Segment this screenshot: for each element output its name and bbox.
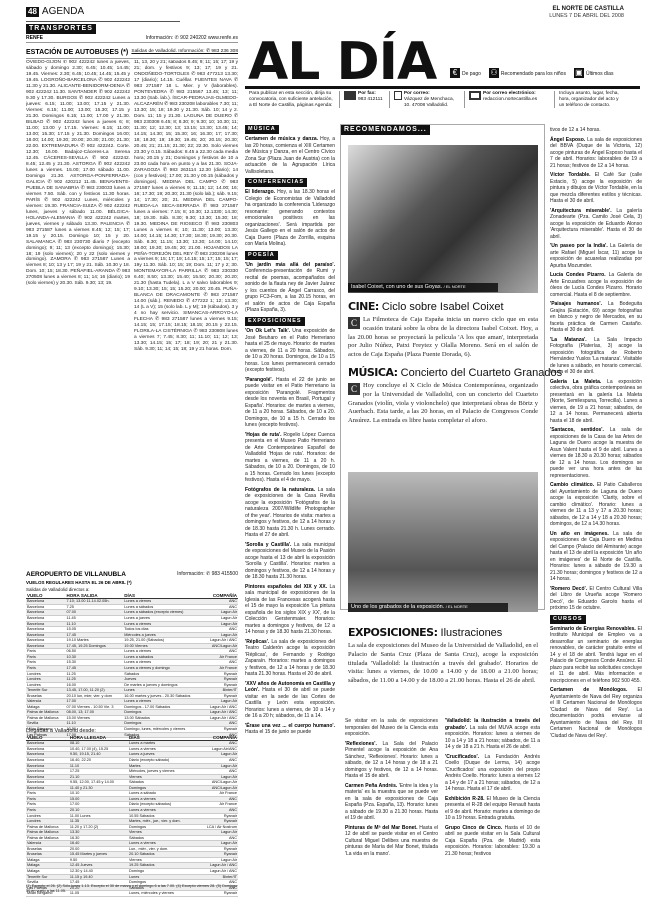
contact-info: Para publicar en esta sección, dirija su… [245, 91, 645, 108]
bus-schedule-col1: OVIEDO-GIJÓN ✆ 902 422242 lunes a jueves… [26, 60, 130, 565]
event-item: Un año en imágenes. La sala de exposicio… [550, 531, 642, 583]
event-item: 'XXV años de Autonomía en Castilla y Leó… [245, 681, 335, 720]
event-item: 'Érase una vez ... el cuerpo humano'. Ha… [245, 723, 335, 736]
renfe-info: Información: ✆ 902 240202 www.renfe.es [146, 35, 238, 41]
photo-caption: Isabel Coixet, con uno de sus Goyas. / E… [348, 283, 498, 292]
arrivals-table: VUELOHORA LLEGADADÍASCOMPAÑÍABarcelona08… [26, 735, 238, 897]
transportes-section: TRANSPORTES [26, 24, 96, 34]
event-item: Certamen de música y danza. Hoy, a las 2… [245, 136, 335, 175]
departures-title: Salidas de Valladolid directos a: [26, 587, 89, 592]
bus-schedule-col2: 11, 13, 20 y 21; sábados 8.45; 9; 11; 15… [134, 60, 238, 565]
event-item: 'Hojas de ruta'. Rogelio López Cuenca pr… [245, 432, 335, 484]
photo-engraving [348, 472, 538, 612]
event-item: Lucía Condes Pizarro. La Galería de Arte… [550, 272, 642, 298]
event-item: 'Romero Decó'. El Centro Cultural Villa … [550, 586, 642, 612]
family-icon: ⚇ [489, 68, 499, 78]
section-name: AGENDA [42, 6, 84, 18]
arrivals-title: Llegadas a Valladolid desde: [26, 728, 96, 735]
calendar-icon: ▣ [574, 68, 584, 78]
exposiciones-tag: EXPOSICIONES [245, 317, 305, 326]
page-header-right: EL NORTE DE CASTILLA LUNES 7 DE ABRIL DE… [549, 6, 624, 20]
continued-text: tivos de 12 a 14 horas. [550, 127, 642, 134]
aldia-title: AL DÍA [248, 36, 436, 88]
event-item: 'Sorolla y Castilla'. La sala municipal … [245, 542, 335, 581]
legend-lastdays: ▣Últimos días [574, 68, 614, 78]
recomendamos-header: RECOMENDAMOS... [341, 125, 430, 135]
exposiciones-list: 'On Ok Let's Talk'. Una exposición de Jo… [245, 328, 335, 736]
c-logo-icon: C [348, 383, 360, 395]
recomendamos-tag: RECOMENDAMOS... [341, 125, 430, 135]
renfe-label: RENFE [26, 35, 43, 41]
conferencias-tag: CONFERENCIAS [245, 178, 307, 187]
event-item: Pinturas de Mª del Mar Bonet. Hasta el 1… [345, 825, 438, 858]
event-item: 'Parangolé'. Hasta el 22 de junio se pue… [245, 377, 335, 429]
event-item: Seminario de Energías Renovables. El Ins… [550, 626, 642, 685]
event-item: Se visitar en la sala de exposiciones te… [345, 718, 438, 738]
event-item: Víctor Tordable. El Café Sur (calle Esta… [550, 172, 642, 205]
event-item: 'Un jardín más allá del paraíso'. Confer… [245, 262, 335, 314]
bottom-column-a: Se visitar en la sala de exposiciones te… [345, 718, 438, 860]
transportes-tag: TRANSPORTES [26, 24, 96, 34]
event-item: Galería La Maleta. La exposición colecti… [550, 379, 642, 425]
event-item: 'Un paseo por la India'. La Galería de a… [550, 243, 642, 269]
event-item: 'Réplicas'. La sala de exposiciones del … [245, 639, 335, 678]
aldia-left-column: MÚSICA Certamen de música y danza. Hoy, … [245, 125, 335, 739]
page-number: 48 [26, 7, 39, 17]
contact-fax: Por fax:983 412111 [340, 91, 390, 108]
legend-paid: €De pago [450, 68, 481, 78]
photo-caption: Uno de los grabados de la exposición. / … [348, 603, 508, 612]
event-item: Carmen Peña Andrés. 'Entre la idea y la … [345, 783, 438, 822]
cursos-list: Seminario de Energías Renovables. El Ins… [550, 626, 642, 740]
event-item: Fotógrafos de la naturaleza. La sala de … [245, 487, 335, 539]
table-row: Palma de Mallorca11.20 y 17.20 (2)Doming… [26, 824, 238, 830]
bus-station-label: ESTACIÓN DE AUTOBUSES (*) [26, 49, 128, 57]
contact-email: Por correo electrónico:redaccion.norteca… [465, 91, 555, 108]
expo-body: La sala de exposiciones del Museo de la … [348, 642, 538, 686]
event-item: 'Crucificados'. La Fundación Andrés Coel… [445, 754, 540, 793]
event-item: 'On Ok Let's Talk'. Una exposición de Jo… [245, 328, 335, 374]
bottom-column-b: 'Valladolid: la ilustración a través del… [445, 718, 540, 860]
renfe-row: RENFE Información: ✆ 902 240202 www.renf… [26, 35, 238, 43]
event-item: El liderazgo. Hoy, a las 18.30 horas el … [245, 189, 335, 248]
computer-icon [469, 91, 481, 100]
event-item: 'Reflexiones'. La Sala del Palacio Pimen… [345, 741, 438, 780]
contact-intro: Para publicar en esta sección, dirija su… [245, 91, 340, 108]
contact-note: Incluya asunto, lugar, fecha, hora, orga… [555, 91, 625, 108]
musica-body: CHoy concluye el X Ciclo de Música Conte… [348, 382, 538, 426]
departures-table-wrap: VUELOHORA SALIDADÍASCOMPAÑÍABarcelona7.1… [26, 593, 238, 738]
musica-tag: MÚSICA [245, 125, 279, 134]
newspaper-name: EL NORTE DE CASTILLA [549, 6, 624, 13]
event-item: Grupo Cinco de Cinco. Hasta el 10 de abr… [445, 825, 540, 858]
photo-isabel-coixet [348, 145, 538, 293]
airport-footnote: (1) Excepto el 26. (2) Sólo lunes 1-13. … [26, 884, 238, 893]
airport-info: Información: ✆ 983 415500 [177, 571, 238, 579]
email-link[interactable]: redaccion.nortecastilla.es [483, 97, 537, 102]
contact-mail: Por correo:Vázquez de Menchaca, 10. 4700… [390, 91, 465, 108]
event-item: 'Arquitectura miserable'. La galería Zon… [550, 208, 642, 241]
right-exhibitions-list: Ángel Esposo. La sala de exposiciones de… [550, 137, 642, 612]
airport-subtitle: VUELOS REGULARES HASTA EL 26 DE ABRIL (*… [26, 580, 132, 585]
event-item: Cambio climático. El Patio Caballeros de… [550, 482, 642, 528]
event-item: 'Santacos, sentidos'. La sala de exposic… [550, 427, 642, 479]
issue-date: LUNES 7 DE ABRIL DEL 2008 [549, 13, 624, 20]
title-bar [245, 86, 640, 89]
euro-icon: € [450, 68, 460, 78]
legend: €De pago ⚇Recomendado para los niños ▣Úl… [450, 68, 613, 78]
bus-station-header: ESTACIÓN DE AUTOBUSES (*) Salidas de Val… [26, 49, 238, 59]
event-item: Ángel Esposo. La sala de exposiciones de… [550, 137, 642, 170]
event-item: Exhibición R-28. El Museo de la Ciencia … [445, 796, 540, 822]
poesia-tag: POESÍA [245, 251, 278, 260]
event-item: 'La Matanza'. La Sala Impacto Fotografía… [550, 337, 642, 376]
expo-headline: EXPOSICIONES: Ilustraciones [348, 626, 502, 640]
fax-icon [344, 91, 356, 100]
bus-station-info: Salidas de Valladolid. Información: ✆ 98… [131, 49, 238, 57]
airport-label: AEROPUERTO DE VILLANUBLA [26, 571, 126, 579]
event-item: 'Paisajes humanos'. La Bodeguita Grajira… [550, 301, 642, 334]
page-header-left: 48 AGENDA [26, 6, 84, 18]
cine-headline: CINE: Ciclo sobre Isabel Coixet [348, 300, 504, 314]
legend-kids: ⚇Recomendado para los niños [489, 68, 566, 78]
departures-table: VUELOHORA SALIDADÍASCOMPAÑÍABarcelona7.1… [26, 593, 238, 738]
musica-headline: MÚSICA: Concierto del Cuarteto Granados [348, 366, 562, 380]
event-item: Certamen de Monólogos. El Ayuntamiento d… [550, 687, 642, 739]
event-item: 'Valladolid: la ilustración a través del… [445, 718, 540, 751]
c-logo-icon: C [348, 317, 360, 329]
cine-body: CLa Filmoteca de Caja España inicia un n… [348, 316, 538, 360]
aldia-right-column: tivos de 12 a 14 horas. Ángel Esposo. La… [550, 127, 642, 742]
arrivals-table-wrap: VUELOHORA LLEGADADÍASCOMPAÑÍABarcelona08… [26, 735, 238, 897]
cursos-tag: CURSOS [550, 615, 586, 624]
event-item: Pintores españoles del XIX y XX. La sala… [245, 584, 335, 636]
envelope-icon [394, 91, 402, 100]
airport-header: AEROPUERTO DE VILLANUBLA Información: ✆ … [26, 571, 238, 579]
